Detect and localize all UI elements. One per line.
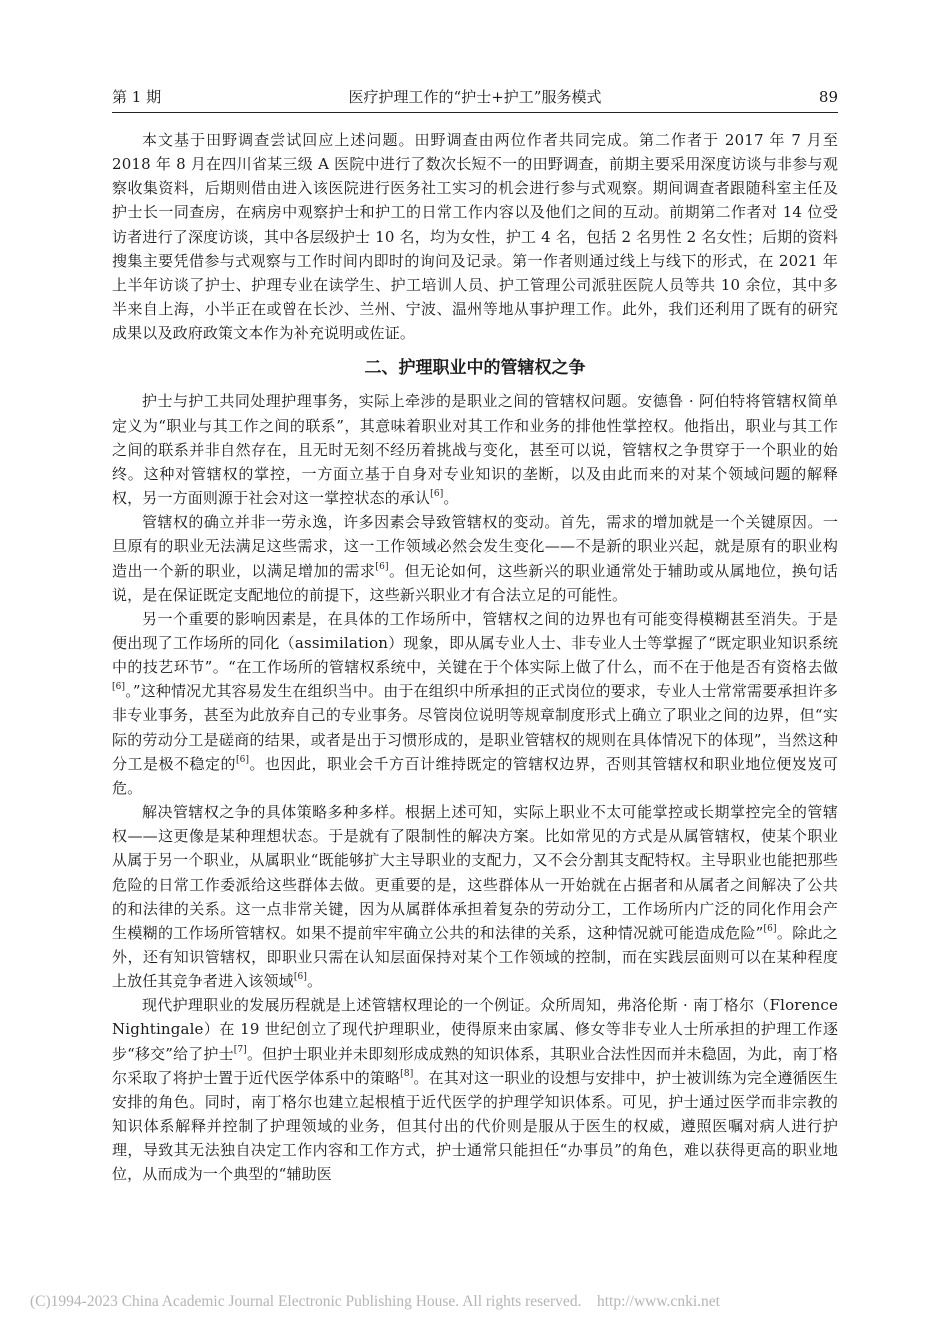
citation-ref[interactable]: [6] — [375, 562, 388, 572]
paragraph-text: 。 — [443, 489, 458, 507]
article-body: 本文基于田野调查尝试回应上述问题。田野调查由两位作者共同完成。第二作者于 201… — [112, 128, 838, 1187]
paragraph-text: 另一个重要的影响因素是，在具体的工作场所中，管辖权之间的边界也有可能变得模糊甚至… — [112, 610, 838, 676]
paragraph-text: 。 — [307, 972, 322, 990]
footer-url[interactable]: http://www.cnki.net — [597, 1293, 720, 1310]
paragraph-methodology: 本文基于田野调查尝试回应上述问题。田野调查由两位作者共同完成。第二作者于 201… — [112, 128, 838, 345]
citation-ref[interactable]: [8] — [400, 1069, 413, 1079]
paragraph-workplace-assimilation: 另一个重要的影响因素是，在具体的工作场所中，管辖权之间的边界也有可能变得模糊甚至… — [112, 607, 838, 800]
copyright-text: (C)1994-2023 China Academic Journal Elec… — [30, 1293, 581, 1310]
paragraph-jurisdiction-change: 管辖权的确立并非一劳永逸，许多因素会导致管辖权的变动。首先，需求的增加就是一个关… — [112, 510, 838, 607]
page-number: 89 — [819, 86, 838, 108]
running-title: 医疗护理工作的“护士+护工”服务模式 — [112, 86, 838, 108]
paragraph-resolution-strategies: 解决管辖权之争的具体策略多种多样。根据上述可知，实际上职业不太可能掌控或长期掌控… — [112, 800, 838, 993]
paragraph-jurisdiction-definition: 护士与护工共同处理护理事务，实际上牵涉的是职业之间的管辖权问题。安德鲁 · 阿伯… — [112, 389, 838, 510]
citation-ref[interactable]: [6] — [236, 755, 249, 765]
citation-ref[interactable]: [6] — [430, 489, 443, 499]
copyright-footer: (C)1994-2023 China Academic Journal Elec… — [30, 1293, 720, 1311]
paragraph-nursing-history: 现代护理职业的发展历程就是上述管辖权理论的一个例证。众所周知，弗洛伦斯 · 南丁… — [112, 993, 838, 1186]
citation-ref[interactable]: [6] — [112, 682, 125, 692]
citation-ref[interactable]: [6] — [294, 972, 307, 982]
page-header: 第 1 期 医疗护理工作的“护士+护工”服务模式 89 — [112, 86, 838, 113]
paragraph-text: 护士与护工共同处理护理事务，实际上牵涉的是职业之间的管辖权问题。安德鲁 · 阿伯… — [112, 392, 838, 507]
citation-ref[interactable]: [6] — [763, 924, 776, 934]
paragraph-text: 解决管辖权之争的具体策略多种多样。根据上述可知，实际上职业不太可能掌控或长期掌控… — [112, 803, 838, 942]
citation-ref[interactable]: [7] — [234, 1045, 247, 1055]
section-heading: 二、护理职业中的管辖权之争 — [112, 355, 838, 381]
